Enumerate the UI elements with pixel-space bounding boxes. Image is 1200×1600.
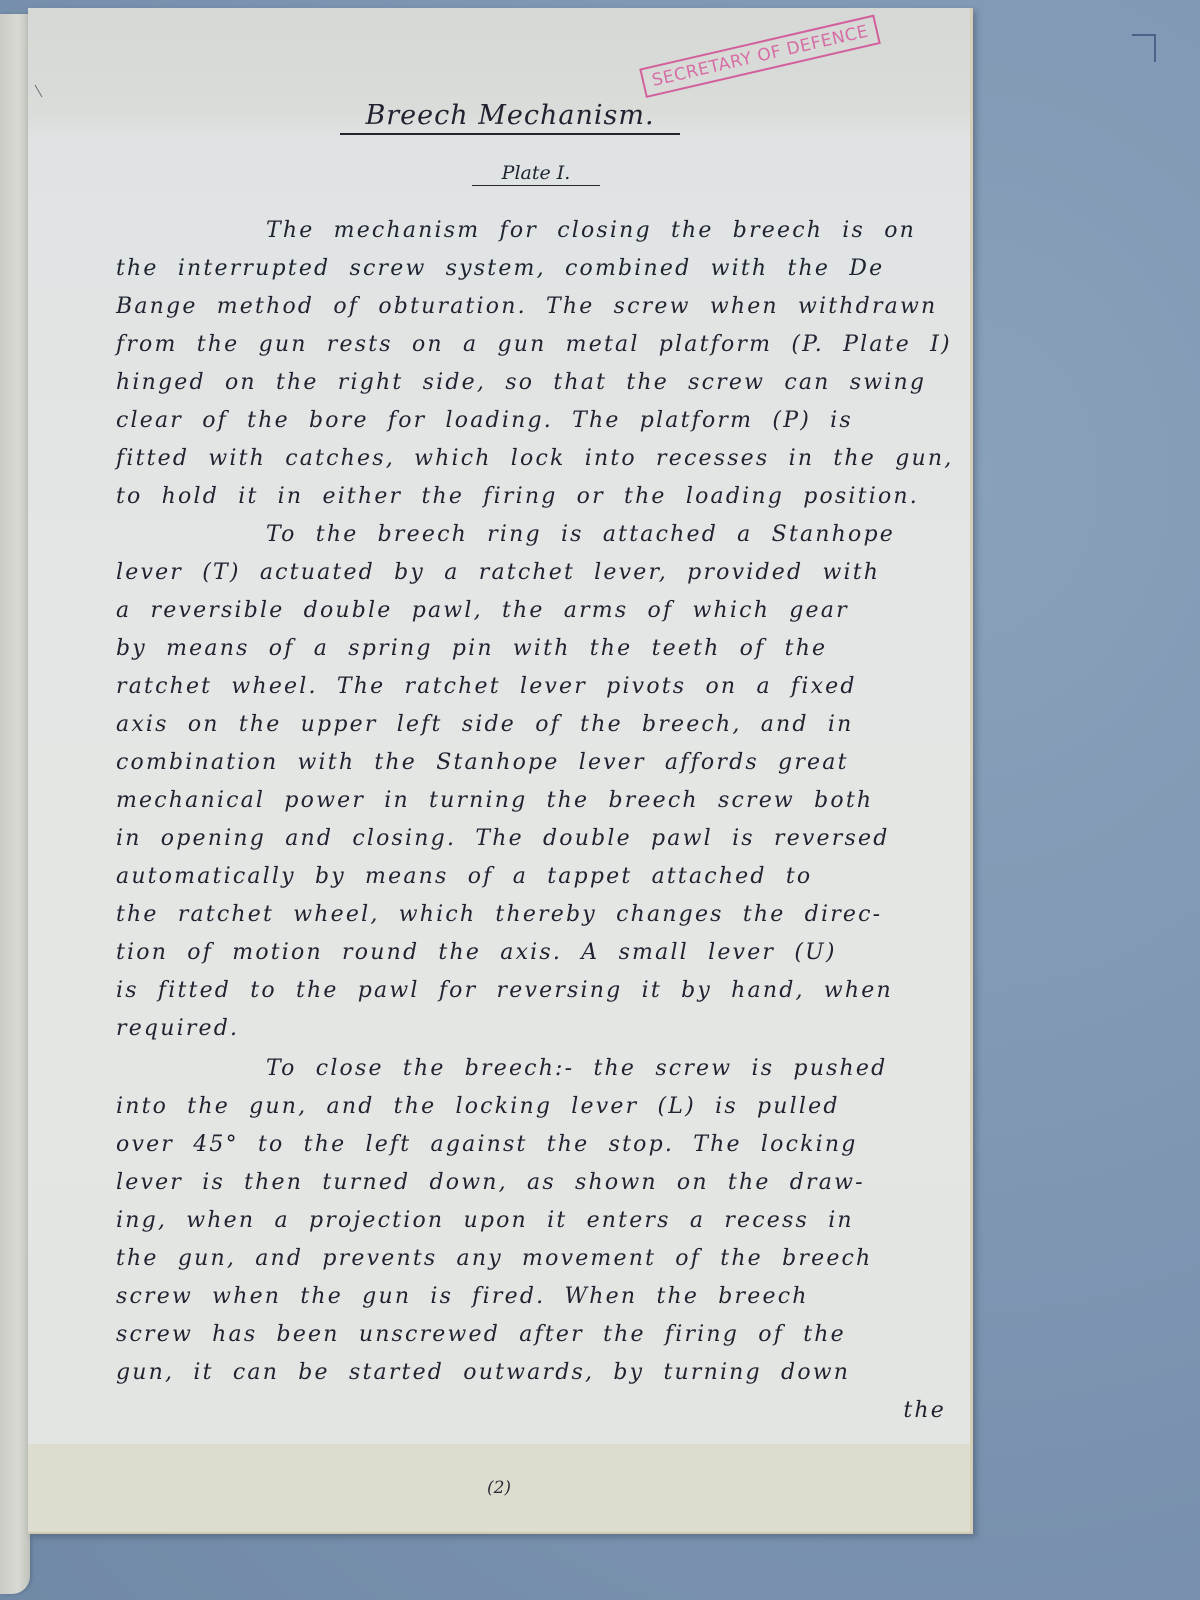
secretary-of-defence-stamp: SECRETARY OF DEFENCE <box>639 14 881 98</box>
text-line: hinged on the right side, so that the sc… <box>116 368 946 398</box>
text-line: the gun, and prevents any movement of th… <box>116 1244 946 1274</box>
text-line: To close the breech:- the screw is pushe… <box>116 1054 946 1084</box>
text-line: ing, when a projection upon it enters a … <box>116 1206 946 1236</box>
plate-subtitle: Plate I. <box>472 162 600 186</box>
left-facing-page <box>0 14 30 1594</box>
text-line: required. <box>116 1014 946 1044</box>
text-line: To the breech ring is attached a Stanhop… <box>116 520 946 550</box>
text-line: tion of motion round the axis. A small l… <box>116 938 946 968</box>
page-number: (2) <box>28 1478 970 1498</box>
page-title: Breech Mechanism. <box>340 100 680 135</box>
text-line: in opening and closing. The double pawl … <box>116 824 946 854</box>
text-line: combination with the Stanhope lever affo… <box>116 748 946 778</box>
text-line: from the gun rests on a gun metal platfo… <box>116 330 946 360</box>
text-line: clear of the bore for loading. The platf… <box>116 406 946 436</box>
text-line: ratchet wheel. The ratchet lever pivots … <box>116 672 946 702</box>
corner-mark <box>1132 34 1156 62</box>
text-line: lever (T) actuated by a ratchet lever, p… <box>116 558 946 588</box>
text-line: the ratchet wheel, which thereby changes… <box>116 900 946 930</box>
manuscript-page: Breech Mechanism. SECRETARY OF DEFENCE P… <box>28 8 973 1534</box>
text-line: screw has been unscrewed after the firin… <box>116 1320 946 1350</box>
text-line: to hold it in either the firing or the l… <box>116 482 946 512</box>
text-line: axis on the upper left side of the breec… <box>116 710 946 740</box>
text-line: screw when the gun is fired. When the br… <box>116 1282 946 1312</box>
catchword: the <box>116 1396 946 1426</box>
text-line: Bange method of obturation. The screw wh… <box>116 292 946 322</box>
text-line: over 45° to the left against the stop. T… <box>116 1130 946 1160</box>
text-line: gun, it can be started outwards, by turn… <box>116 1358 946 1388</box>
text-line: a reversible double pawl, the arms of wh… <box>116 596 946 626</box>
text-line: by means of a spring pin with the teeth … <box>116 634 946 664</box>
text-line: the interrupted screw system, combined w… <box>116 254 946 284</box>
text-line: The mechanism for closing the breech is … <box>116 216 946 246</box>
text-line: lever is then turned down, as shown on t… <box>116 1168 946 1198</box>
text-line: into the gun, and the locking lever (L) … <box>116 1092 946 1122</box>
manuscript-body: Breech Mechanism. SECRETARY OF DEFENCE P… <box>28 8 970 1532</box>
text-line: mechanical power in turning the breech s… <box>116 786 946 816</box>
text-line: automatically by means of a tappet attac… <box>116 862 946 892</box>
text-line: is fitted to the pawl for reversing it b… <box>116 976 946 1006</box>
text-line: fitted with catches, which lock into rec… <box>116 444 946 474</box>
